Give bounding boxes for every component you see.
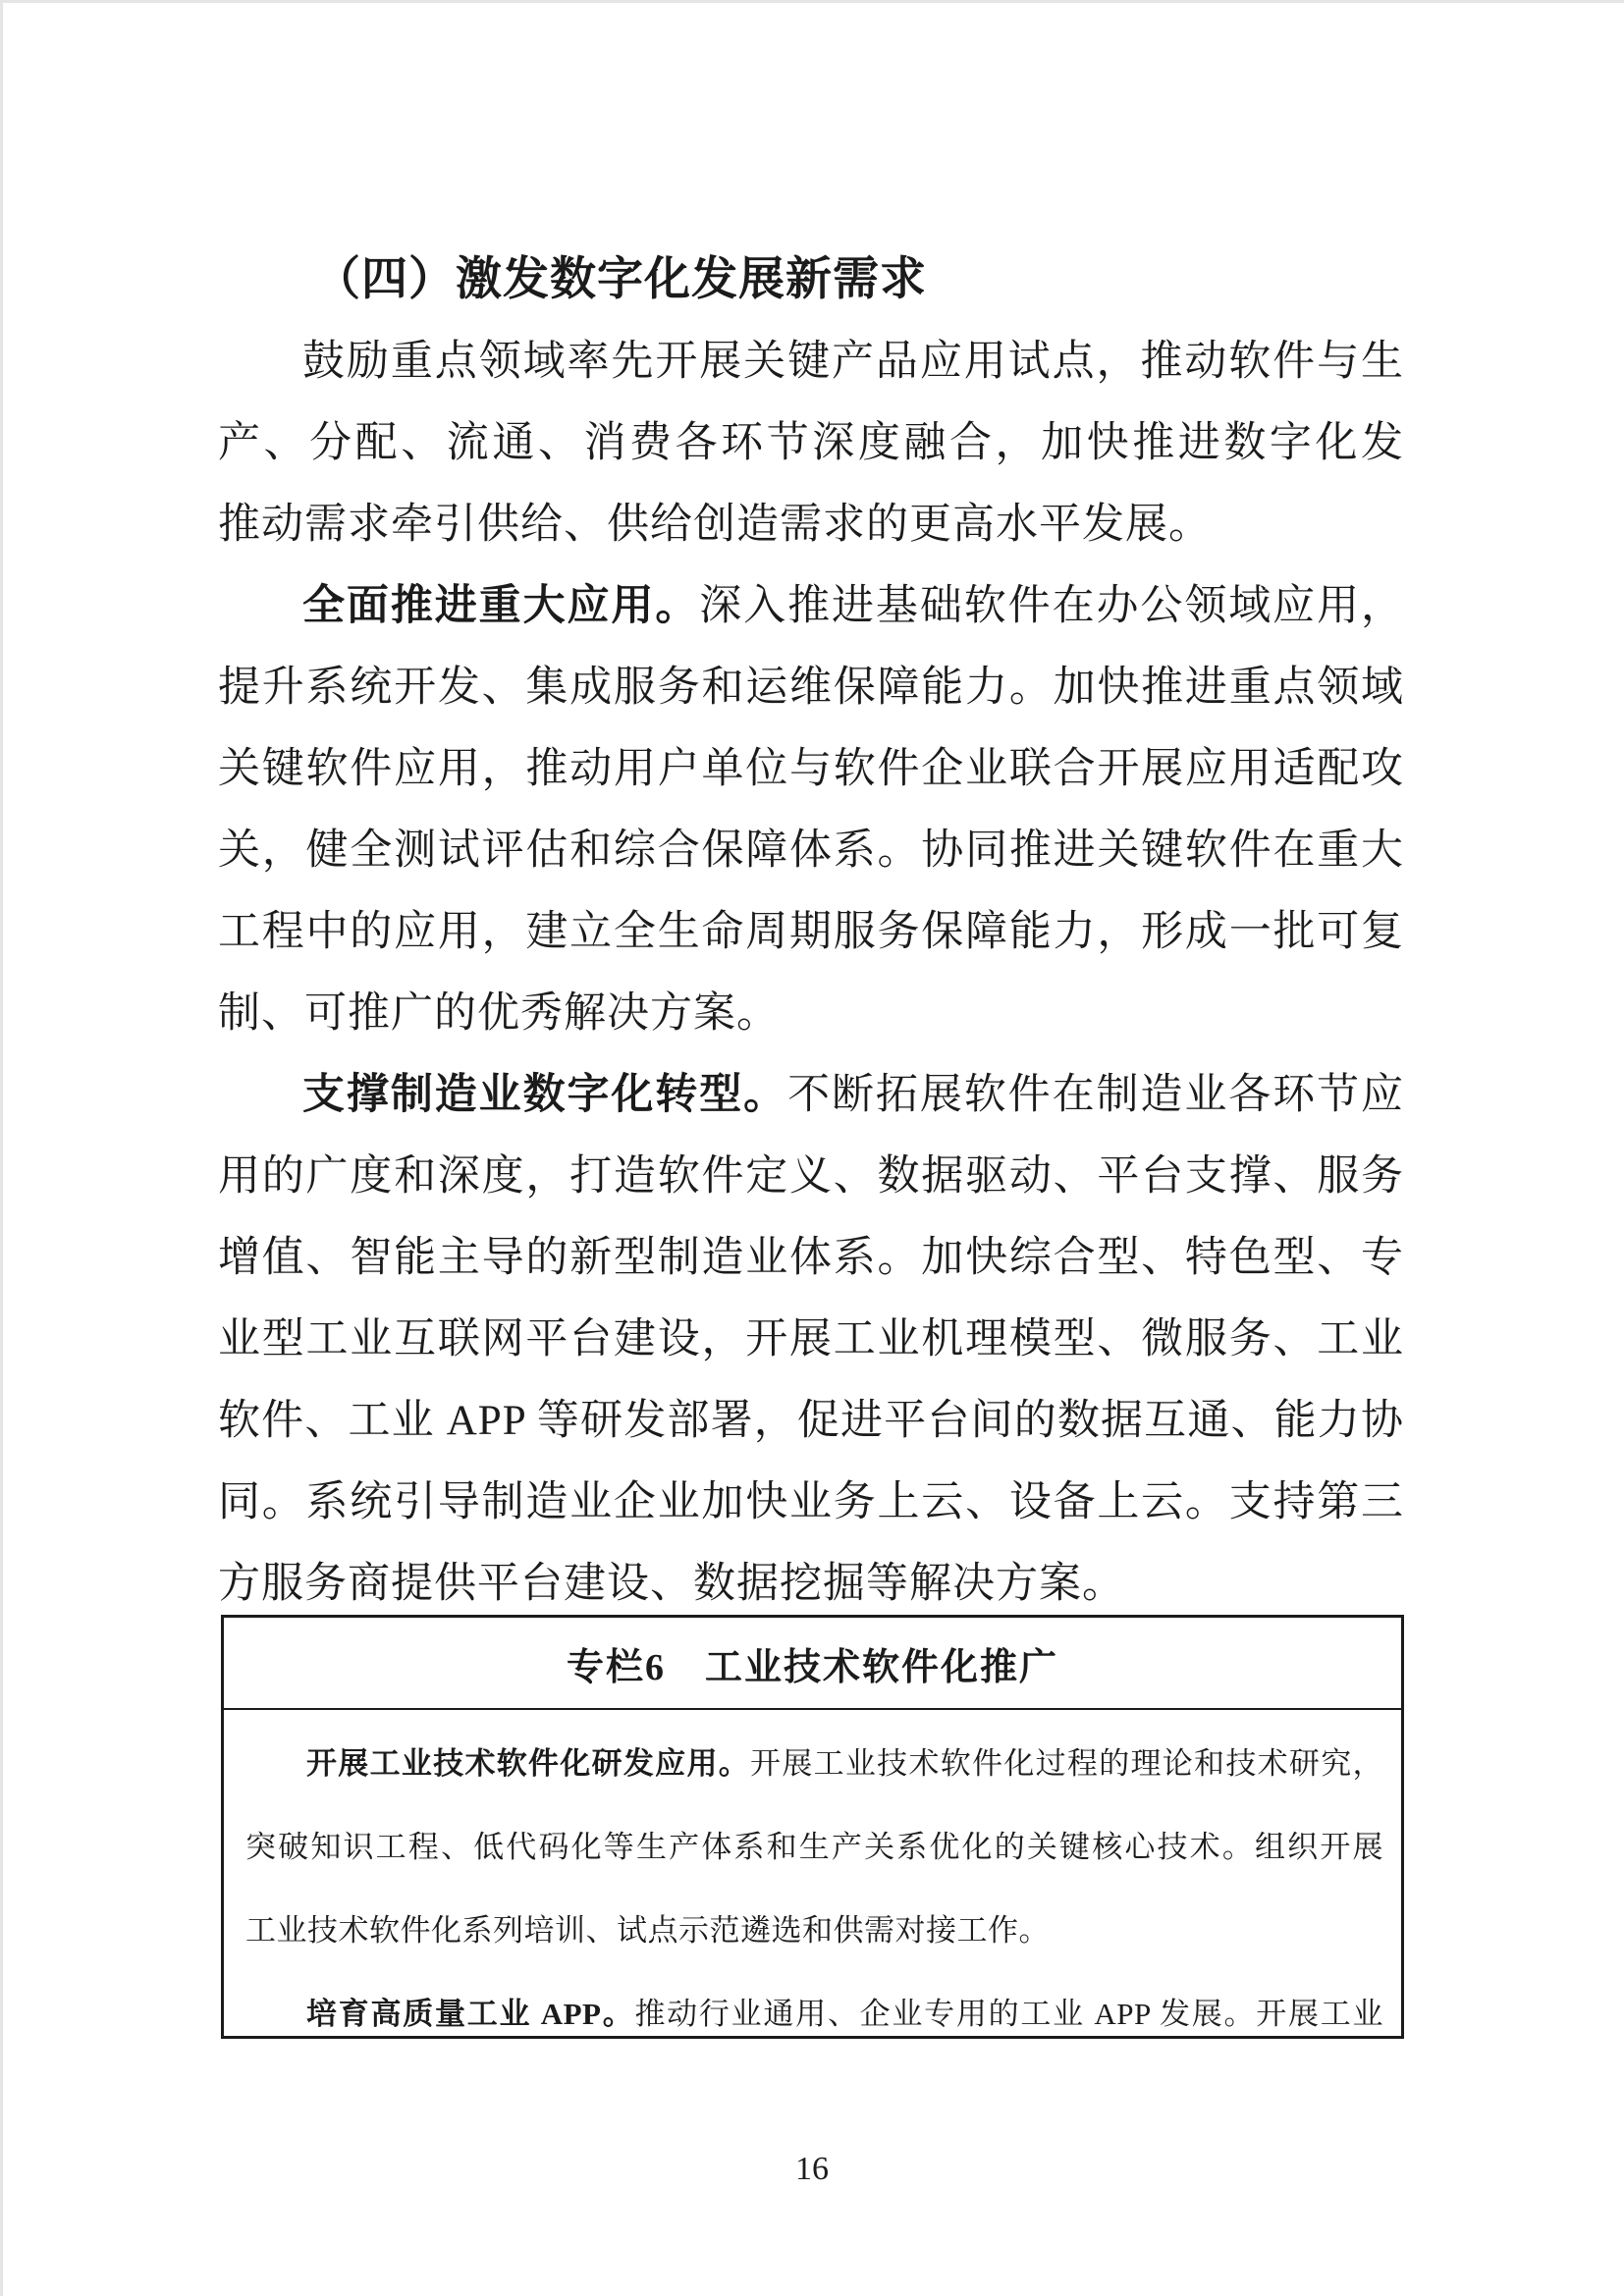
callout-para1-line-2: 突破知识工程、低代码化等生产体系和生产关系优化的关键核心技术。组织开展 [245, 1805, 1383, 1889]
para3-line-5: 软件、工业 APP 等研发部署，促进平台间的数据互通、能力协 [218, 1380, 1404, 1462]
para2-line-3: 关键软件应用，推动用户单位与软件企业联合开展应用适配攻 [218, 728, 1404, 810]
callout-para2-lead: 培育高质量工业 APP。 [306, 1997, 634, 2031]
para2-line-5: 工程中的应用，建立全生命周期服务保障能力，形成一批可复 [218, 891, 1404, 973]
para1-line-3: 推动需求牵引供给、供给创造需求的更高水平发展。 [218, 484, 1404, 565]
para3-line-1: 支撑制造业数字化转型。不断拓展软件在制造业各环节应 [218, 1054, 1404, 1136]
page-number: 16 [0, 2146, 1624, 2193]
callout-para1-line-1-rest: 开展工业技术软件化过程的理论和技术研究， [750, 1746, 1383, 1781]
para3-line-1-rest: 不断拓展软件在制造业各环节应 [787, 1072, 1404, 1118]
para2-line-1-rest: 深入推进基础软件在办公领域应用， [699, 583, 1404, 629]
callout-box: 专栏6 工业技术软件化推广 开展工业技术软件化研发应用。开展工业技术软件化过程的… [221, 1615, 1404, 2039]
para3-lead: 支撑制造业数字化转型。 [302, 1072, 787, 1118]
callout-para1-lead: 开展工业技术软件化研发应用。 [306, 1746, 750, 1781]
para3-line-6: 同。系统引导制造业企业加快业务上云、设备上云。支持第三 [218, 1462, 1404, 1543]
para3-line-4: 业型工业互联网平台建设，开展工业机理模型、微服务、工业 [218, 1299, 1404, 1380]
callout-para2-line-1: 培育高质量工业 APP。推动行业通用、企业专用的工业 APP 发展。开展工业 [245, 1972, 1383, 2039]
para2-line-2: 提升系统开发、集成服务和运维保障能力。加快推进重点领域 [218, 647, 1404, 728]
section-heading: （四）激发数字化发展新需求 [218, 240, 1404, 321]
callout-para1-line-1: 开展工业技术软件化研发应用。开展工业技术软件化过程的理论和技术研究， [245, 1722, 1383, 1805]
document-page: （四）激发数字化发展新需求 鼓励重点领域率先开展关键产品应用试点，推动软件与生 … [0, 0, 1624, 2296]
callout-para2-line-1-rest: 推动行业通用、企业专用的工业 APP 发展。开展工业 [634, 1997, 1383, 2031]
callout-body: 开展工业技术软件化研发应用。开展工业技术软件化过程的理论和技术研究， 突破知识工… [224, 1710, 1401, 2039]
para3-line-7: 方服务商提供平台建设、数据挖掘等解决方案。 [218, 1543, 1404, 1625]
para1-line-2: 产、分配、流通、消费各环节深度融合，加快推进数字化发展， [218, 402, 1404, 484]
callout-para1-line-3: 工业技术软件化系列培训、试点示范遴选和供需对接工作。 [245, 1889, 1383, 1972]
para1-line-1: 鼓励重点领域率先开展关键产品应用试点，推动软件与生 [218, 321, 1404, 402]
para3-line-3: 增值、智能主导的新型制造业体系。加快综合型、特色型、专 [218, 1217, 1404, 1299]
para2-line-4: 关，健全测试评估和综合保障体系。协同推进关键软件在重大 [218, 810, 1404, 891]
para3-line-2: 用的广度和深度，打造软件定义、数据驱动、平台支撑、服务 [218, 1136, 1404, 1217]
main-text-block: （四）激发数字化发展新需求 鼓励重点领域率先开展关键产品应用试点，推动软件与生 … [218, 240, 1404, 1625]
para2-line-1: 全面推进重大应用。深入推进基础软件在办公领域应用， [218, 565, 1404, 647]
para2-line-6: 制、可推广的优秀解决方案。 [218, 973, 1404, 1054]
para2-lead: 全面推进重大应用。 [302, 583, 699, 629]
callout-title: 专栏6 工业技术软件化推广 [224, 1618, 1401, 1710]
